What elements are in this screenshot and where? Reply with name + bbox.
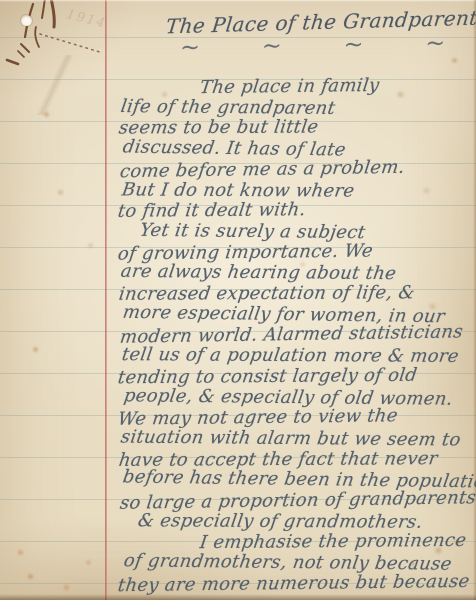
manuscript-line: they are more numerous but because: [117, 571, 471, 596]
scanned-manuscript: 1914 The Place of the Grandparent ~ ~ ~ …: [0, 0, 476, 600]
paper-top-edge: [0, 0, 476, 2]
paper-bottom-edge: [0, 594, 476, 600]
punch-hole: [21, 15, 32, 26]
manuscript-line: seems to be but little: [118, 116, 320, 138]
manuscript-line: But I do not know where: [120, 179, 355, 201]
manuscript-line: come before me as a problem.: [119, 157, 406, 183]
manuscript-line: tell us of a population more & more: [120, 344, 460, 367]
brown-ink-scribbles-icon: [0, 0, 120, 80]
manuscript-line: discussed. It has of late: [121, 136, 347, 160]
manuscript-line: Yet it is surely a subject: [138, 220, 366, 243]
manuscript-line: The place in family: [199, 75, 381, 98]
manuscript-line: situation with alarm but we seem to: [119, 427, 462, 451]
manuscript-line: to find it dealt with.: [117, 199, 307, 222]
manuscript-line: life of the grandparent: [119, 96, 336, 119]
manuscript-line: & especially of grandmothers.: [136, 510, 424, 532]
underline-flourish: ~ ~ ~ ~ ~: [180, 27, 476, 61]
red-margin-line: [105, 0, 107, 600]
manuscript-line: are always hearing about the: [119, 261, 397, 284]
manuscript-line: I emphasise the prominence: [199, 530, 468, 553]
